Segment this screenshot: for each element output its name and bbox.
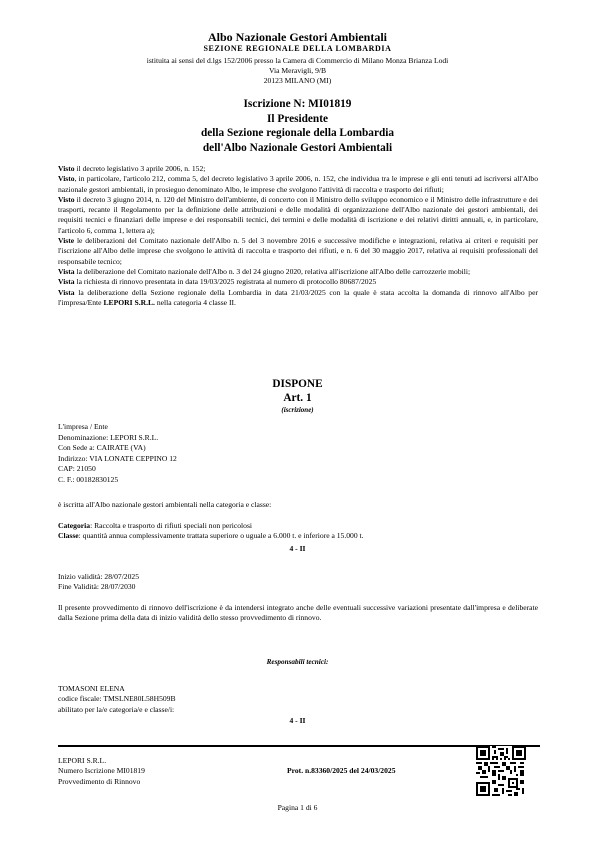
impresa-sede: Con Sede a: CAIRATE (VA) (58, 443, 177, 454)
categoria-line: Categoria: Raccolta e trasporto di rifiu… (58, 521, 364, 531)
visto-paragraph: Vista la deliberazione della Sezione reg… (58, 288, 538, 309)
albo-label: dell'Albo Nazionale Gestori Ambientali (0, 141, 595, 156)
sezione-label: della Sezione regionale della Lombardia (0, 126, 595, 141)
qr-code-icon (476, 746, 526, 796)
header-title: Albo Nazionale Gestori Ambientali (0, 30, 595, 45)
fine-validita: Fine Validità: 28/07/2030 (58, 582, 139, 592)
footer-protocol: Prot. n.83360/2025 del 24/03/2025 (287, 766, 396, 775)
iscritta-text: è iscritta all'Albo nazionale gestori am… (58, 500, 271, 509)
footer-divider (58, 745, 540, 747)
impresa-denominazione: Denominazione: LEPORI S.R.L. (58, 433, 177, 444)
footer-numero: Numero Iscrizione MI01819 (58, 766, 145, 776)
impresa-cf: C. F.: 00182830125 (58, 475, 177, 486)
categoria-code: 4 - II (0, 544, 595, 553)
dispone-block: DISPONE Art. 1 (iscrizione) (0, 377, 595, 415)
article-heading: Art. 1 (0, 391, 595, 405)
visti-section: Visto il decreto legislativo 3 aprile 20… (58, 164, 538, 308)
dispone-heading: DISPONE (0, 377, 595, 391)
visto-paragraph: Visto il decreto 3 giugno 2014, n. 120 d… (58, 195, 538, 236)
validita-block: Inizio validità: 28/07/2025 Fine Validit… (58, 572, 139, 592)
header-address: Via Meravigli, 9/B (0, 66, 595, 75)
tecnico-abilitato: abilitato per la/e categoria/e e classe/… (58, 705, 176, 715)
presidente-label: Il Presidente (0, 112, 595, 127)
header-istituita: istituita ai sensi del d.lgs 152/2006 pr… (0, 56, 595, 65)
visto-paragraph: Vista la deliberazione del Comitato nazi… (58, 267, 538, 277)
tecnico-name: TOMASONI ELENA (58, 684, 176, 694)
tecnico-code: 4 - II (0, 716, 595, 725)
footer-left: LEPORI S.R.L. Numero Iscrizione MI01819 … (58, 756, 145, 787)
header-section: SEZIONE REGIONALE DELLA LOMBARDIA (0, 44, 595, 53)
footer-provvedimento: Provvedimento di Rinnovo (58, 777, 145, 787)
page-number: Pagina 1 di 6 (0, 803, 595, 812)
article-subtitle: (iscrizione) (0, 405, 595, 415)
visto-paragraph: Vista la richiesta di rinnovo presentata… (58, 277, 538, 287)
categoria-block: Categoria: Raccolta e trasporto di rifiu… (58, 521, 364, 541)
impresa-indirizzo: Indirizzo: VIA LONATE CEPPINO 12 (58, 454, 177, 465)
inizio-validita: Inizio validità: 28/07/2025 (58, 572, 139, 582)
impresa-cap: CAP: 21050 (58, 464, 177, 475)
presente-paragraph: Il presente provvedimento di rinnovo del… (58, 603, 538, 624)
header-city: 20123 MILANO (MI) (0, 76, 595, 85)
responsabili-heading: Responsabili tecnici: (0, 658, 595, 666)
visto-paragraph: Viste le deliberazioni del Comitato nazi… (58, 236, 538, 267)
responsabile-tecnico: TOMASONI ELENA codice fiscale: TMSLNE80L… (58, 684, 176, 715)
footer-company: LEPORI S.R.L. (58, 756, 145, 766)
iscrizione-number: Iscrizione N: MI01819 (0, 97, 595, 112)
tecnico-cf: codice fiscale: TMSLNE80L58H509B (58, 694, 176, 704)
classe-line: Classe: quantità annua complessivamente … (58, 531, 364, 541)
visto-paragraph: Visto il decreto legislativo 3 aprile 20… (58, 164, 538, 174)
document-page: Albo Nazionale Gestori Ambientali SEZION… (0, 0, 595, 842)
title-block: Iscrizione N: MI01819 Il Presidente dell… (0, 97, 595, 155)
impresa-label: L'impresa / Ente (58, 422, 177, 433)
impresa-details: L'impresa / Ente Denominazione: LEPORI S… (58, 422, 177, 485)
visto-paragraph: Visto, in particolare, l'articolo 212, c… (58, 174, 538, 195)
